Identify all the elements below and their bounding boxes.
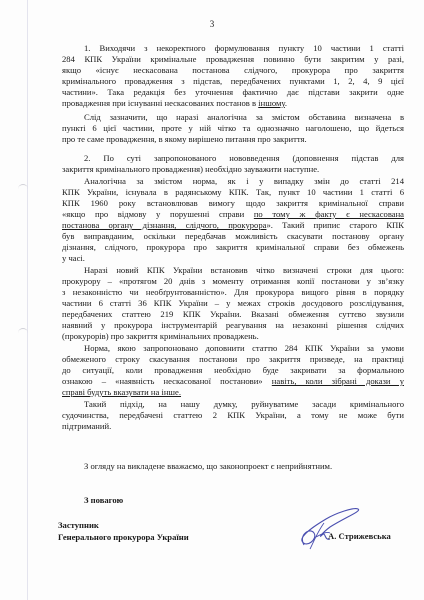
signatory-title-line1: Заступник: [58, 519, 189, 531]
body-text-line: 2. По суті запропонованого нововведення …: [84, 153, 404, 164]
signatory-title-line2: Генерального прокурора України: [58, 531, 189, 543]
punch-hole-mark: [18, 328, 28, 335]
body-text-line: Наразі новий КПК України встановив чітко…: [84, 265, 404, 276]
body-text-line: підтриманий.: [62, 421, 404, 432]
body-text-line: ознакою – «наявність нескасованої постан…: [62, 376, 404, 387]
body-text-line: частини 6 статті 36 КПК України – у межа…: [62, 298, 404, 309]
body-text-line: КПК 1960 року встановлював вимогу щодо з…: [62, 198, 404, 209]
body-text-line: 284 КПК України кримінальне провадження …: [62, 54, 404, 65]
body-text-line: частини». Така редакція без уточнення фа…: [62, 87, 404, 98]
binding-edge: [27, 0, 28, 600]
body-text-line: «якщо про відмову у порушенні справи по …: [62, 209, 404, 220]
body-text-line: КПК України, існувала в радянському КПК.…: [62, 187, 404, 198]
body-text-line: 1. Виходячи з некоректного формулювання …: [84, 43, 404, 54]
body-text-line: Такий підхід, на нашу думку, руйнуватиме…: [84, 399, 404, 410]
body-text-line: дізнання, слідчого, прокурора про закрит…: [62, 242, 404, 253]
underlined-text: іншому: [258, 98, 285, 108]
body-text-line: (прокурорів) про закриття кримінальних п…: [62, 331, 404, 342]
body-text-line: у часі.: [62, 253, 404, 264]
body-text-line: закриття кримінального провадження) необ…: [62, 164, 404, 175]
body-text-line: Норма, якою запропоновано доповнити стат…: [84, 343, 404, 354]
punch-hole-mark: [18, 184, 28, 191]
body-text-line: Слід зазначити, що наразі аналогічна за …: [84, 112, 404, 123]
underlined-text: постанова органу дізнання, слідчого, про…: [62, 220, 266, 230]
page-number: 3: [0, 19, 424, 29]
underlined-text: по тому ж факту є нескасована: [254, 209, 404, 219]
underlined-text: справі будуть вказувати на інше.: [62, 387, 181, 397]
body-text-line: до ситуації, коли провадження необхідно …: [62, 365, 404, 376]
body-text-line: провадження при існуванні нескасованих п…: [62, 98, 404, 109]
body-text-line: був виправданим, оскільки передбачав мож…: [62, 231, 404, 242]
document-page: 3 1. Виходячи з некоректного формулюванн…: [0, 0, 424, 600]
body-text-line: справі будуть вказувати на інше.: [62, 387, 404, 398]
body-text-line: Аналогічна за змістом норма, як і у випа…: [84, 176, 404, 187]
body-text-line: про те саме провадження, в якому вирішен…: [62, 134, 404, 145]
body-text-line: судочинства, передбачені статтею 2 КПК У…: [62, 410, 404, 421]
handwritten-signature-icon: [296, 505, 366, 551]
body-text-line: кримінального провадження з підстав, пер…: [62, 76, 404, 87]
body-text-line: якщо «існує нескасована постанова слідчо…: [62, 65, 404, 76]
body-text-line: наявний у прокурора інструментарій реагу…: [62, 320, 404, 331]
underlined-text: навіть, коли зібрані докази у: [272, 376, 404, 386]
conclusion-text: З огляду на викладене вважаємо, що закон…: [84, 461, 332, 471]
closing-phrase: З повагою: [84, 495, 123, 505]
body-text-line: прокурору – «протягом 20 днів з моменту …: [62, 276, 404, 287]
signatory-name: А. Стрижевська: [328, 531, 391, 541]
body-text-line: постанова органу дізнання, слідчого, про…: [62, 220, 404, 231]
body-text-line: пункті 6 цієї частини, проте у ній чітко…: [62, 123, 404, 134]
body-text-line: передбачених статтею 219 КПК України. Вк…: [62, 309, 404, 320]
body-text-line: з незаконністю чи необґрунтованністю». Д…: [62, 287, 404, 298]
signatory-title: Заступник Генерального прокурора України: [58, 519, 189, 543]
body-text-line: обмеженого строку скасування постанови п…: [62, 354, 404, 365]
